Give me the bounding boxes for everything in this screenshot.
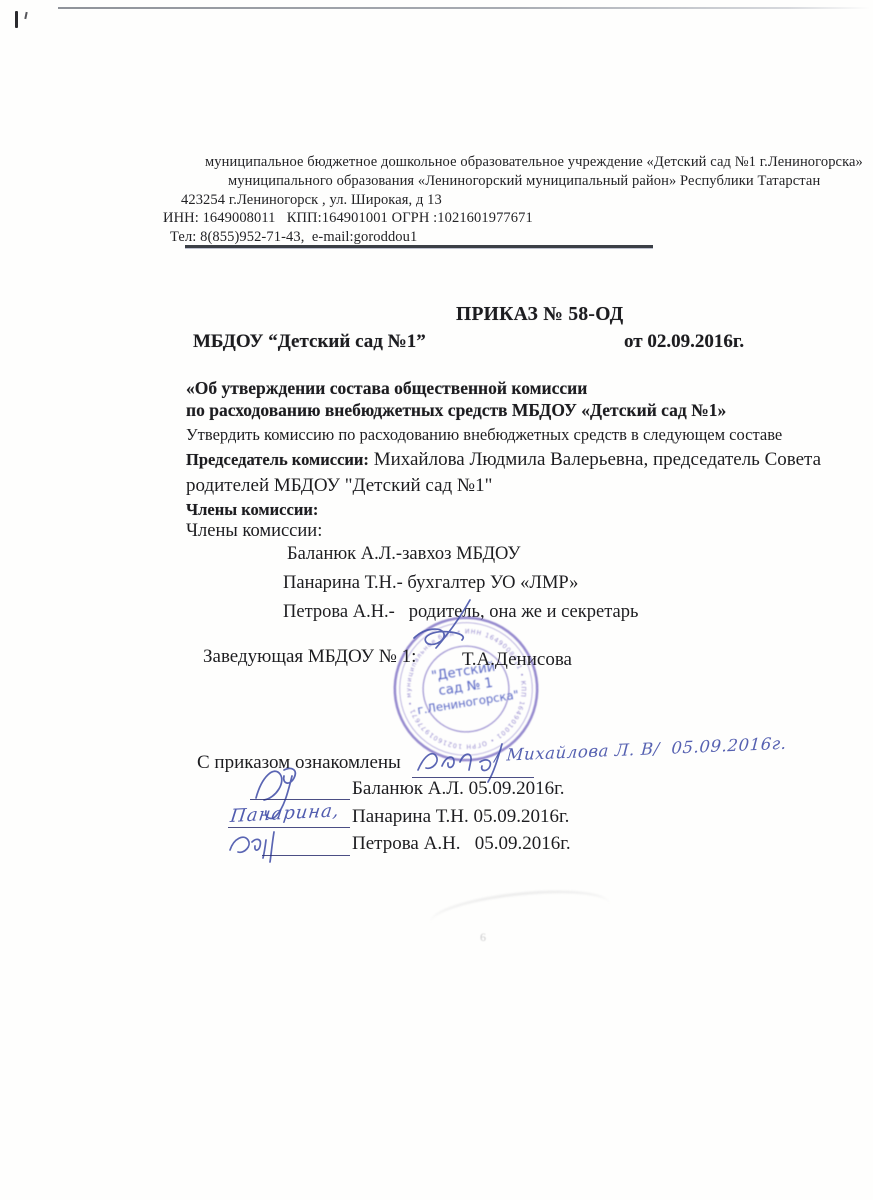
members-label-bold: Члены комиссии: [186,500,318,520]
members-label-plain: Члены комиссии: [186,521,322,542]
member-item-1: Баланюк А.Л.-завхоз МБДОУ [287,544,520,565]
order-subject-line2: по расходованию внебюджетных средств МБД… [186,400,726,421]
order-subject-line1: «Об утверждении состава общественной ком… [186,378,587,399]
order-org-name: МБДОУ “Детский сад №1” [193,331,426,353]
row3-signature [226,830,296,864]
chair-name: Михайлова Людмила Валерьевна, председате… [369,449,821,470]
scan-corner-tick [24,12,27,19]
director-name: Т.А.Денисова [462,649,572,671]
org-name-line2: муниципального образования «Лениногорски… [228,173,820,190]
org-phone-email: Тел: 8(855)952-71-43, e-mail:goroddou1 [170,229,417,246]
chair-label: Председатель комиссии: [186,450,369,469]
scan-smudge-small: 6 [480,930,496,940]
row3-text: Петрова А.Н. 05.09.2016г. [352,833,571,855]
org-inn-kpp-ogrn: ИНН: 1649008011 КПП:164901001 ОГРН :1021… [163,210,533,227]
org-name-line1: муниципальное бюджетное дошкольное образ… [205,154,863,171]
org-address: 423254 г.Лениногорск , ул. Широкая, д 13 [181,192,442,209]
row3-underline [262,855,350,856]
order-body-text: Утвердить комиссию по расходованию внебю… [186,425,782,445]
scan-smudge [428,884,611,943]
letterhead-divider [185,245,653,248]
row2-text: Панарина Т.Н. 05.09.2016г. [352,806,569,828]
scan-edge-line [58,7,870,9]
scanned-document-page: 6 муниципальное бюджетное дошкольное обр… [0,0,873,1200]
row2-underline [228,827,350,828]
row1-text: Баланюк А.Л. 05.09.2016г. [352,778,565,800]
order-date: от 02.09.2016г. [624,331,744,353]
chair-name-continued: родителей МБДОУ "Детский сад №1" [186,475,492,497]
member-item-2: Панарина Т.Н.- бухгалтер УО «ЛМР» [283,573,578,594]
scan-corner-mark [15,11,18,28]
director-label: Заведующая МБДОУ № 1: [203,646,416,668]
order-title: ПРИКАЗ № 58-ОД [456,304,623,326]
row2-hand-signature: Панарина, [229,800,341,827]
chair-line: Председатель комиссии: Михайлова Людмила… [186,449,821,471]
